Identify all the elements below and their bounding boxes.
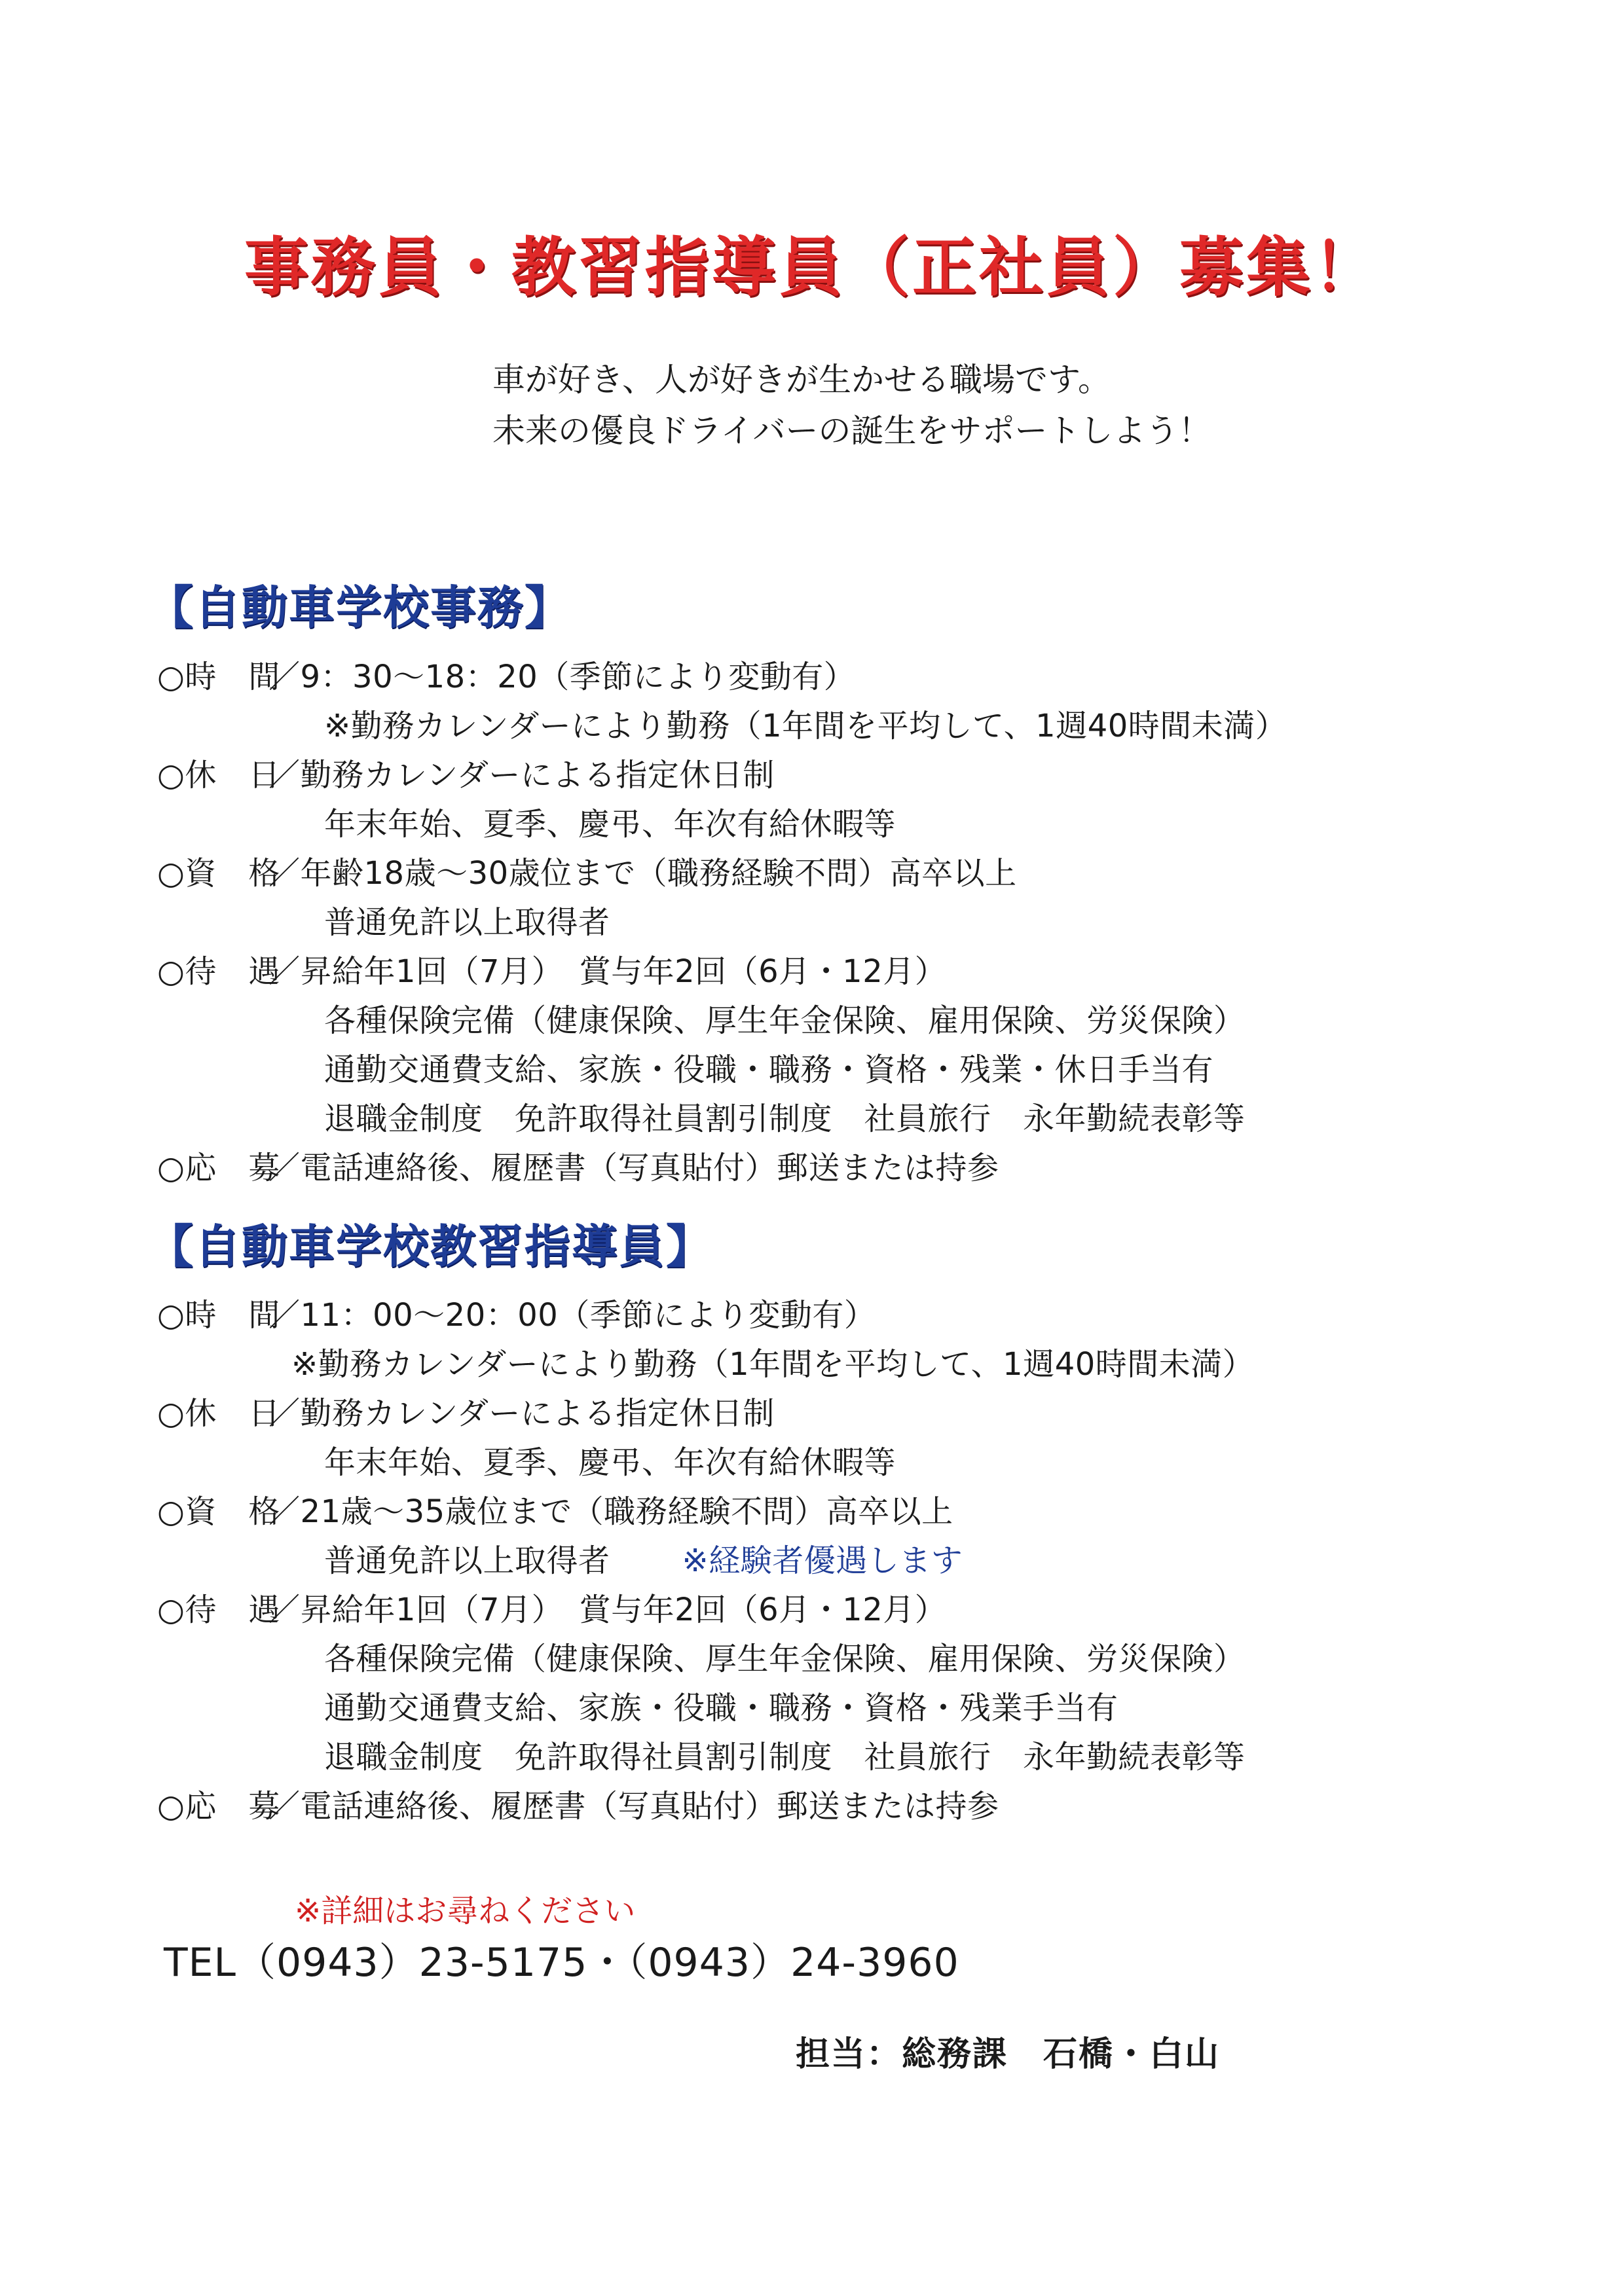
instructor-qualification-sub: 普通免許以上取得者※経験者優遇します (324, 1535, 963, 1580)
tagline-line-1: 車が好き、人が好きが生かせる職場です。 (492, 354, 1111, 401)
office-hours-row: ○時 間／9：30～18：20（季節により変動有） (157, 651, 855, 697)
row-value: ／電話連絡後、履歴書（写真貼付）郵送または持参 (268, 1788, 999, 1825)
office-hours-note: ※勤務カレンダーにより勤務（1年間を平均して、1週40時間未満） (324, 701, 1287, 746)
qualification-text: 普通免許以上取得者 (324, 1542, 610, 1579)
experience-preferred-note: ※経験者優遇します (682, 1542, 963, 1579)
row-value: ／21歳～35歳位まで（職務経験不問）高卒以上 (268, 1493, 953, 1530)
office-holidays-sub: 年末年始、夏季、慶弔、年次有給休暇等 (324, 799, 896, 844)
office-benefits-sub-1: 各種保険完備（健康保険、厚生年金保険、雇用保険、労災保険） (324, 995, 1246, 1040)
row-value: ／11：00～20：00（季節により変動有） (268, 1297, 876, 1334)
office-benefits-row: ○待 遇／昇給年1回（7月） 賞与年2回（6月・12月） (157, 946, 946, 991)
instructor-holidays-row: ○休 日／勤務カレンダーによる指定休日制 (157, 1388, 775, 1433)
row-value: ／9：30～18：20（季節により変動有） (268, 659, 855, 695)
office-benefits-sub-3: 退職金制度 免許取得社員割引制度 社員旅行 永年勤続表彰等 (324, 1093, 1246, 1139)
row-value: ／昇給年1回（7月） 賞与年2回（6月・12月） (268, 953, 946, 990)
instructor-benefits-sub-3: 退職金制度 免許取得社員割引制度 社員旅行 永年勤続表彰等 (324, 1732, 1246, 1777)
instructor-apply-row: ○応 募／電話連絡後、履歴書（写真貼付）郵送または持参 (157, 1781, 999, 1826)
row-value: ／年齢18歳～30歳位まで（職務経験不問）高卒以上 (268, 855, 1017, 892)
office-qualification-sub: 普通免許以上取得者 (324, 897, 610, 942)
instructor-benefits-sub-1: 各種保険完備（健康保険、厚生年金保険、雇用保険、労災保険） (324, 1633, 1246, 1679)
instructor-qualification-row: ○資 格／21歳～35歳位まで（職務経験不問）高卒以上 (157, 1486, 953, 1531)
instructor-hours-row: ○時 間／11：00～20：00（季節により変動有） (157, 1290, 876, 1335)
section-heading-office: 【自動車学校事務】 (147, 571, 572, 637)
row-value: ／昇給年1回（7月） 賞与年2回（6月・12月） (268, 1592, 946, 1628)
row-value: ／勤務カレンダーによる指定休日制 (268, 1395, 775, 1432)
office-qualification-row: ○資 格／年齢18歳～30歳位まで（職務経験不問）高卒以上 (157, 848, 1017, 893)
details-note: ※詳細はお尋ねください (295, 1886, 635, 1931)
instructor-hours-note: ※勤務カレンダーにより勤務（1年間を平均して、1週40時間未満） (291, 1339, 1254, 1384)
office-holidays-row: ○休 日／勤務カレンダーによる指定休日制 (157, 750, 775, 795)
contact-person: 担当：総務課 石橋・白山 (796, 2026, 1220, 2075)
row-value: ／電話連絡後、履歴書（写真貼付）郵送または持参 (268, 1150, 999, 1186)
instructor-holidays-sub: 年末年始、夏季、慶弔、年次有給休暇等 (324, 1437, 896, 1482)
instructor-benefits-row: ○待 遇／昇給年1回（7月） 賞与年2回（6月・12月） (157, 1584, 946, 1630)
phone-numbers: TEL（0943）23-5175・（0943）24-3960 (164, 1931, 959, 1988)
tagline-line-2: 未来の優良ドライバーの誕生をサポートしよう！ (492, 405, 1211, 452)
instructor-benefits-sub-2: 通勤交通費支給、家族・役職・職務・資格・残業手当有 (324, 1683, 1118, 1728)
row-value: ／勤務カレンダーによる指定休日制 (268, 757, 775, 793)
office-benefits-sub-2: 通勤交通費支給、家族・役職・職務・資格・残業・休日手当有 (324, 1044, 1213, 1089)
page-title: 事務員・教習指導員（正社員）募集！ (0, 216, 1624, 308)
office-apply-row: ○応 募／電話連絡後、履歴書（写真貼付）郵送または持参 (157, 1142, 999, 1188)
section-heading-instructor: 【自動車学校教習指導員】 (147, 1210, 713, 1276)
